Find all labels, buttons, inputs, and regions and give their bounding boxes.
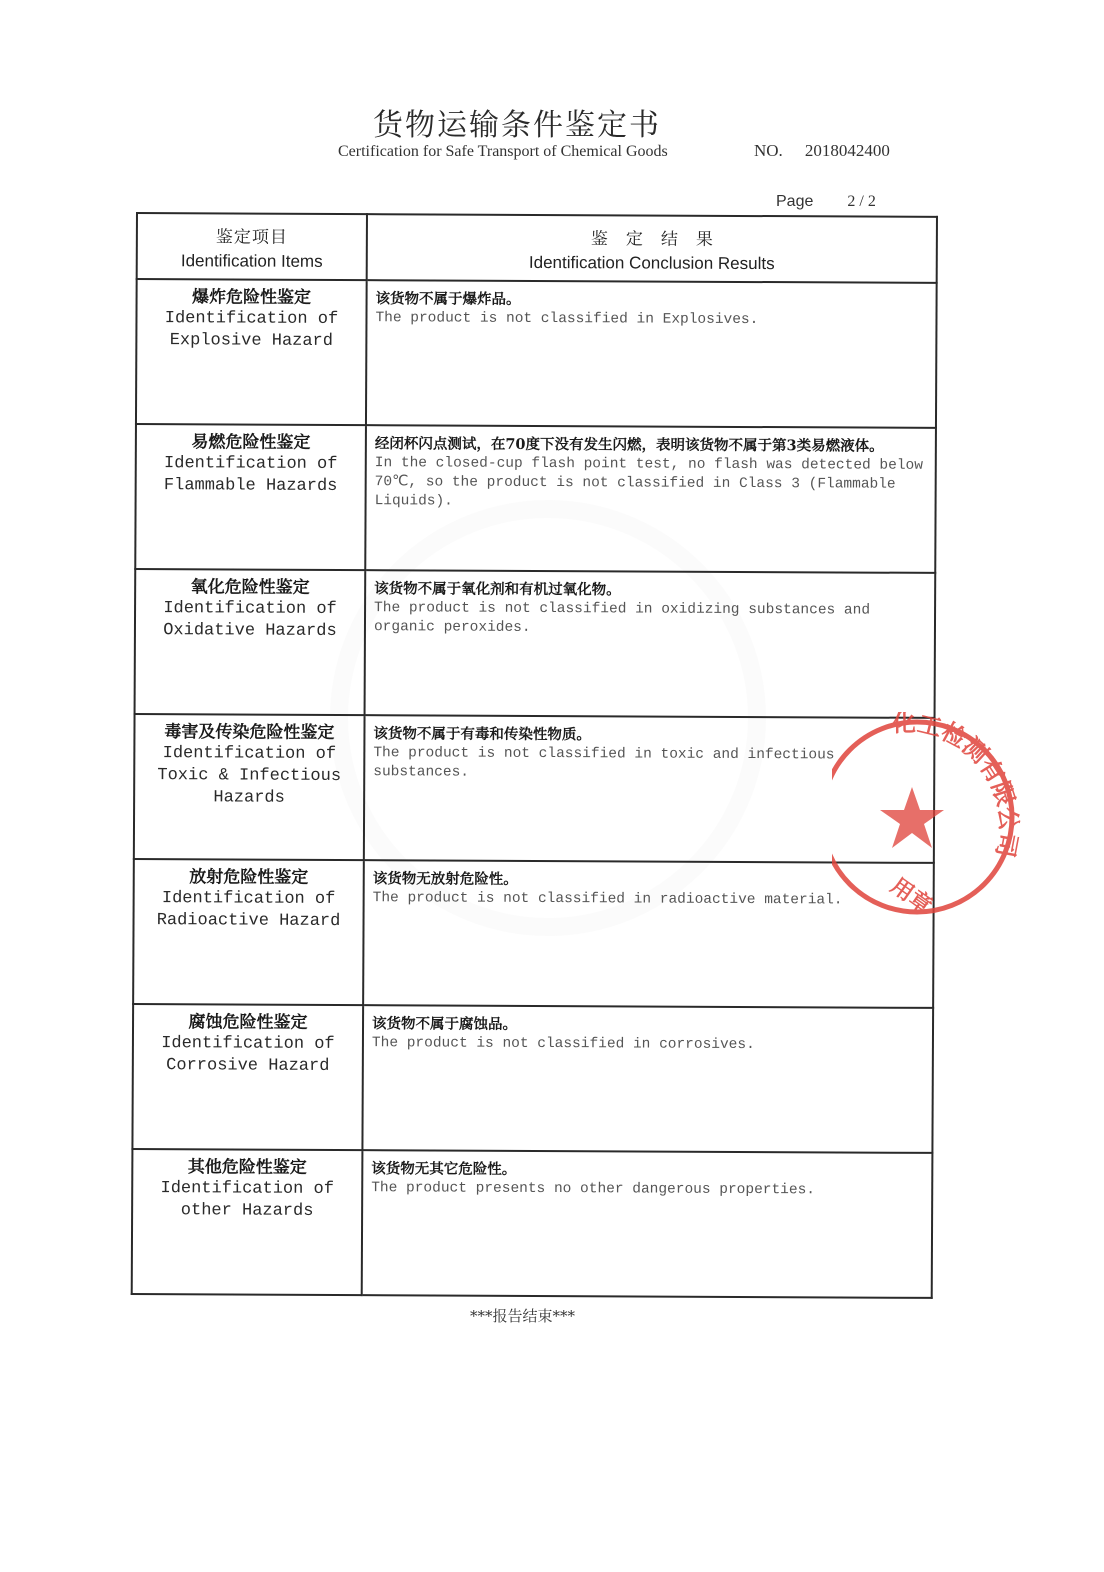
- column-header-results-en: Identification Conclusion Results: [368, 252, 936, 275]
- table-row: 易燃危险性鉴定Identification of Flammable Hazar…: [135, 424, 936, 573]
- column-header-items-en: Identification Items: [138, 251, 366, 272]
- table-row: 氧化危险性鉴定Identification of Oxidative Hazar…: [135, 569, 936, 718]
- page-value: 2 / 2: [847, 193, 875, 210]
- identification-item-cell: 腐蚀危险性鉴定Identification of Corrosive Hazar…: [132, 1004, 363, 1150]
- item-name-en: Identification of Oxidative Hazards: [136, 598, 364, 643]
- result-text-en: The product is not classified in toxic a…: [373, 744, 925, 785]
- certificate-number-value: 2018042400: [805, 141, 890, 160]
- table-row: 腐蚀危险性鉴定Identification of Corrosive Hazar…: [132, 1004, 933, 1153]
- result-text-cn: 该货物无其它危险性。: [371, 1159, 923, 1182]
- end-of-report-mark: ***报告结束***: [470, 1305, 575, 1326]
- table-row: 毒害及传染危险性鉴定Identification of Toxic & Infe…: [134, 714, 935, 863]
- result-text-en: The product is not classified in Explosi…: [375, 309, 927, 331]
- result-text-en: The product is not classified in oxidizi…: [374, 599, 926, 640]
- conclusion-result-cell: 该货物不属于氧化剂和有机过氧化物。The product is not clas…: [365, 570, 936, 718]
- column-header-items-cn: 鉴定项目: [138, 222, 366, 248]
- result-text-en: In the closed-cup flash point test, no f…: [375, 454, 927, 514]
- identification-item-cell: 毒害及传染危险性鉴定Identification of Toxic & Infe…: [134, 714, 365, 860]
- result-text-cn: 该货物不属于腐蚀品。: [372, 1014, 924, 1037]
- certificate-number: NO.2018042400: [754, 141, 890, 161]
- result-text-cn: 该货物不属于爆炸品。: [376, 289, 928, 312]
- table-row: 放射危险性鉴定Identification of Radioactive Haz…: [133, 859, 934, 1008]
- item-name-en: Identification of Flammable Hazards: [137, 453, 365, 498]
- item-name-cn: 易燃危险性鉴定: [137, 431, 365, 454]
- item-name-cn: 腐蚀危险性鉴定: [134, 1011, 362, 1034]
- table-header-row: 鉴定项目 Identification Items 鉴定结果 Identific…: [137, 213, 937, 283]
- identification-item-cell: 氧化危险性鉴定Identification of Oxidative Hazar…: [135, 569, 366, 715]
- conclusion-result-cell: 该货物不属于爆炸品。The product is not classified …: [366, 280, 937, 428]
- item-name-cn: 放射危险性鉴定: [135, 866, 363, 889]
- conclusion-result-cell: 该货物无放射危险性。The product is not classified …: [363, 860, 934, 1008]
- result-text-cn: 该货物无放射危险性。: [373, 869, 925, 892]
- conclusion-result-cell: 该货物不属于腐蚀品。The product is not classified …: [362, 1005, 933, 1153]
- item-name-cn: 毒害及传染危险性鉴定: [135, 721, 363, 744]
- result-text-cn: 该货物不属于氧化剂和有机过氧化物。: [374, 579, 926, 602]
- result-text-en: The product is not classified in corrosi…: [372, 1034, 924, 1056]
- item-name-en: Identification of Radioactive Hazard: [134, 888, 362, 933]
- result-text-cn: 经闭杯闪点测试，在70度下没有发生闪燃，表明该货物不属于第3类易燃液体。: [375, 434, 927, 457]
- identification-table-wrapper: 鉴定项目 Identification Items 鉴定结果 Identific…: [131, 212, 938, 1299]
- table-row: 其他危险性鉴定Identification of other Hazards该货…: [132, 1149, 933, 1298]
- item-name-cn: 爆炸危险性鉴定: [138, 286, 366, 309]
- identification-table: 鉴定项目 Identification Items 鉴定结果 Identific…: [131, 212, 938, 1299]
- identification-item-cell: 其他危险性鉴定Identification of other Hazards: [132, 1149, 363, 1295]
- item-name-en: Identification of Corrosive Hazard: [134, 1033, 362, 1078]
- column-header-results: 鉴定结果 Identification Conclusion Results: [367, 214, 937, 283]
- item-name-cn: 其他危险性鉴定: [133, 1156, 361, 1179]
- document-title-cn: 货物运输条件鉴定书: [372, 100, 662, 144]
- item-name-en: Identification of Toxic & Infectious Haz…: [135, 743, 363, 810]
- identification-item-cell: 爆炸危险性鉴定Identification of Explosive Hazar…: [136, 279, 367, 425]
- page-indicator: Page2 / 2: [776, 193, 876, 211]
- result-text-en: The product is not classified in radioac…: [373, 889, 925, 911]
- table-row: 爆炸危险性鉴定Identification of Explosive Hazar…: [136, 279, 937, 428]
- document-title-en: Certification for Safe Transport of Chem…: [338, 143, 668, 161]
- identification-item-cell: 易燃危险性鉴定Identification of Flammable Hazar…: [135, 424, 366, 570]
- conclusion-result-cell: 经闭杯闪点测试，在70度下没有发生闪燃，表明该货物不属于第3类易燃液体。In t…: [365, 425, 936, 573]
- column-header-results-cn: 鉴定结果: [368, 223, 936, 251]
- item-name-cn: 氧化危险性鉴定: [136, 576, 364, 599]
- item-name-en: Identification of other Hazards: [133, 1178, 361, 1223]
- result-text-cn: 该货物不属于有毒和传染性物质。: [373, 724, 925, 747]
- column-header-items: 鉴定项目 Identification Items: [137, 213, 367, 280]
- conclusion-result-cell: 该货物无其它危险性。The product presents no other …: [362, 1150, 933, 1298]
- item-name-en: Identification of Explosive Hazard: [137, 308, 365, 353]
- result-text-en: The product presents no other dangerous …: [371, 1179, 923, 1201]
- page-label: Page: [776, 193, 813, 210]
- certificate-number-label: NO.: [754, 141, 783, 160]
- identification-item-cell: 放射危险性鉴定Identification of Radioactive Haz…: [133, 859, 364, 1005]
- conclusion-result-cell: 该货物不属于有毒和传染性物质。The product is not classi…: [364, 715, 935, 863]
